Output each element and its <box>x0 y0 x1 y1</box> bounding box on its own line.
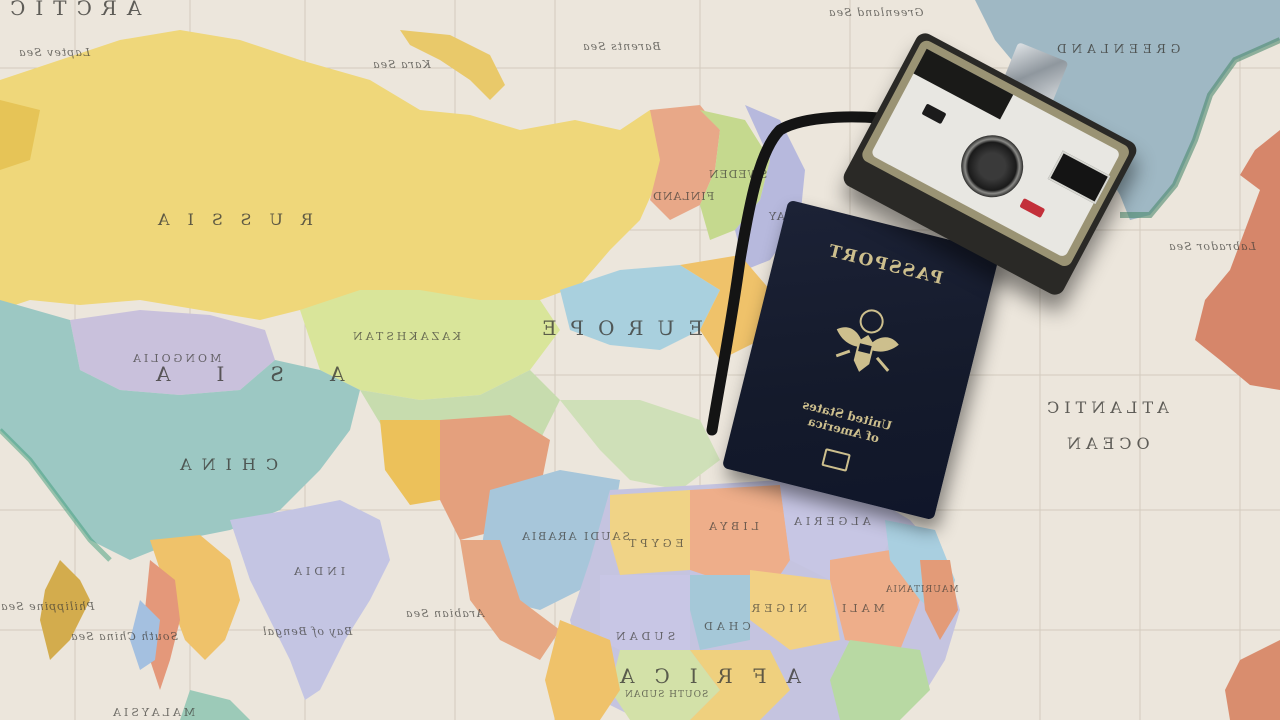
camera-strap <box>0 0 1280 720</box>
photo-scene: ARCTIC Greenland Sea GREENLAND Barents S… <box>0 0 1280 720</box>
passport-country: United States of America <box>736 382 955 464</box>
biometric-chip-icon <box>821 448 851 472</box>
eagle-seal-icon <box>818 294 913 389</box>
